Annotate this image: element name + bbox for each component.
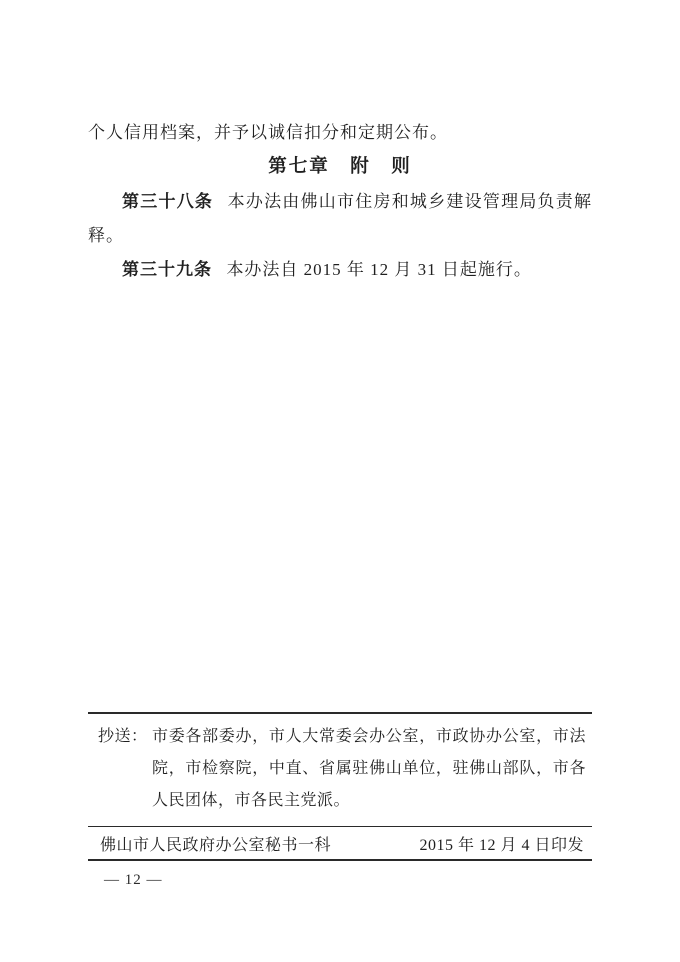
cc-label: 抄送：	[98, 721, 152, 753]
article-38-label: 第三十八条	[122, 192, 213, 211]
document-page: 个人信用档案，并予以诚信扣分和定期公布。 第七章 附 则 第三十八条本办法由佛山…	[0, 0, 680, 962]
article-39: 第三十九条本办法自 2015 年 12 月 31 日起施行。	[88, 253, 592, 287]
page-number: — 12 —	[104, 872, 592, 889]
cc-block: 抄送： 市委各部委办，市人大常委会办公室，市政协办公室，市法院，市检察院，中直、…	[88, 712, 592, 827]
issuer-name: 佛山市人民政府办公室秘书一科	[100, 832, 331, 855]
article-39-text: 本办法自 2015 年 12 月 31 日起施行。	[226, 260, 532, 279]
article-39-label: 第三十九条	[122, 260, 212, 279]
paragraph-continuation: 个人信用档案，并予以诚信扣分和定期公布。	[88, 116, 592, 149]
document-body: 个人信用档案，并予以诚信扣分和定期公布。 第七章 附 则 第三十八条本办法由佛山…	[88, 0, 592, 287]
cc-text: 市委各部委办，市人大常委会办公室，市政协办公室，市法院，市检察院，中直、省属驻佛…	[152, 721, 586, 817]
issuer-row: 佛山市人民政府办公室秘书一科 2015 年 12 月 4 日印发	[88, 827, 592, 861]
article-38: 第三十八条本办法由佛山市住房和城乡建设管理局负责解释。	[88, 185, 592, 253]
print-date: 2015 年 12 月 4 日印发	[419, 832, 584, 855]
chapter-heading: 第七章 附 则	[88, 149, 592, 185]
document-footer: 抄送： 市委各部委办，市人大常委会办公室，市政协办公室，市法院，市检察院，中直、…	[88, 712, 592, 889]
